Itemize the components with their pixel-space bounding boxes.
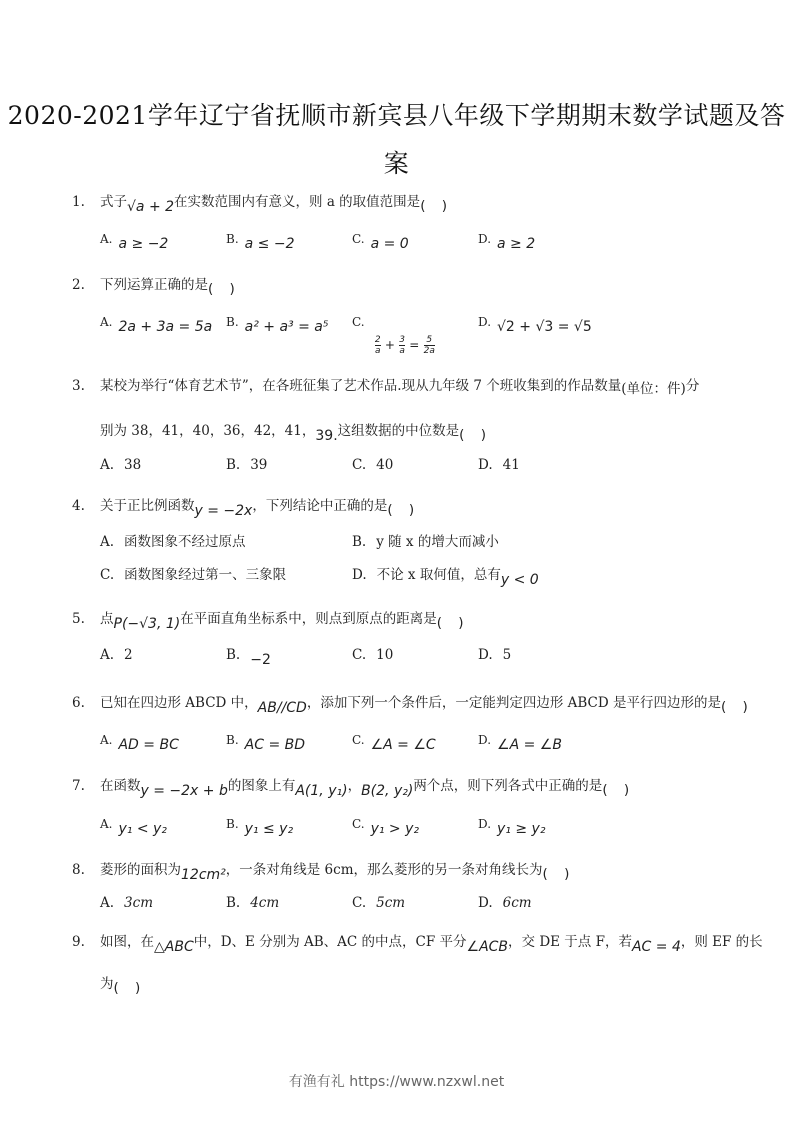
unit-note: (单位：件) — [621, 381, 686, 397]
option-text: 6cm — [503, 895, 532, 911]
option-d: D.6cm — [478, 895, 532, 911]
option-text: a ≤ −2 — [245, 236, 295, 252]
question-text: 菱形的面积为 — [100, 862, 181, 878]
option-label: B. — [226, 315, 239, 329]
option-text: AC = BD — [245, 737, 305, 753]
option-b: B.y₁ ≤ y₂ — [226, 817, 293, 837]
option-label: B. — [352, 534, 366, 550]
option-label: B. — [226, 817, 239, 831]
question-text: ，下列结论中正确的是 — [252, 498, 387, 514]
option-c: C.函数图象经过第一、三象限 — [100, 563, 286, 583]
option-a: A.38 — [100, 457, 141, 473]
option-a: A.2a + 3a = 5a — [100, 315, 212, 335]
option-text: 4cm — [250, 895, 279, 911]
option-d: D.41 — [478, 457, 520, 473]
option-label: C. — [352, 895, 366, 911]
option-label: B. — [226, 895, 240, 911]
math-expression: AB//CD — [258, 700, 307, 716]
document-title-line2: 案 — [0, 144, 793, 180]
question-text: ，一条对角线是 6cm，那么菱形的另一条对角线长为 — [226, 862, 543, 878]
option-a: A.2 — [100, 647, 133, 663]
option-text: y₁ < y₂ — [118, 821, 166, 837]
math-expression: ∠ACB — [467, 939, 509, 955]
option-text: a ≥ −2 — [118, 236, 168, 252]
option-text: y₁ > y₂ — [371, 821, 419, 837]
question-9: 9.如图，在△ABC中，D、E 分别为 AB、AC 的中点，CF 平分∠ACB，… — [72, 930, 763, 955]
question-text: 已知在四边形 ABCD 中， — [100, 695, 258, 711]
option-text: 5 — [503, 647, 512, 663]
option-label: C. — [352, 817, 365, 831]
option-text: 函数图象不经过原点 — [124, 534, 246, 550]
math-expression: P(−√3, 1) — [114, 616, 181, 632]
option-label: D. — [478, 733, 491, 747]
option-label: C. — [352, 457, 366, 473]
option-label: A. — [100, 534, 114, 550]
question-number: 4. — [72, 498, 100, 514]
option-label: C. — [352, 315, 365, 329]
option-b: B.a ≤ −2 — [226, 232, 295, 252]
option-b: B.−2 — [226, 647, 271, 668]
question-4: 4.关于正比例函数y = −2x，下列结论中正确的是( ) — [72, 494, 420, 519]
option-a: A.AD = BC — [100, 733, 179, 753]
option-b: B.a² + a³ = a⁵ — [226, 315, 328, 335]
option-label: A. — [100, 817, 112, 831]
option-text: a = 0 — [371, 236, 409, 252]
option-label: A. — [100, 315, 112, 329]
question-number: 7. — [72, 778, 100, 794]
option-label: A. — [100, 895, 114, 911]
option-text: 39 — [250, 457, 267, 473]
math-expression: y = −2x — [195, 503, 253, 519]
question-7: 7.在函数y = −2x + b的图象上有A(1, y₁)，B(2, y₂)两个… — [72, 774, 635, 799]
question-number: 2. — [72, 277, 100, 293]
fraction: 52a — [424, 335, 435, 356]
option-text: 2 — [124, 647, 133, 663]
denominator: 2a — [424, 346, 435, 356]
math-expression: 12cm² — [181, 867, 226, 883]
question-text: 式子 — [100, 194, 127, 210]
question-text: 两个点，则下列各式中正确的是 — [413, 778, 602, 794]
numerator: 3 — [399, 335, 405, 345]
question-text: ，则 EF 的长 — [681, 934, 763, 950]
question-1: 1.式子√a + 2在实数范围内有意义，则 a 的取值范围是( ) — [72, 190, 453, 215]
option-text: y₁ ≤ y₂ — [245, 821, 293, 837]
question-3: 3.某校为举行“体育艺术节”，在各班征集了艺术作品.现从九年级 7 个班收集到的… — [72, 374, 699, 397]
option-text: 2a + 3a = 5a — [118, 319, 212, 335]
question-text: 为 — [100, 976, 114, 992]
option-label: D. — [478, 315, 491, 329]
question-number: 3. — [72, 378, 100, 394]
option-label: D. — [478, 647, 493, 663]
option-label: B. — [226, 457, 240, 473]
question-text: 在函数 — [100, 778, 141, 794]
question-number: 6. — [72, 695, 100, 711]
question-3-line2: 别为 38，41，40，36，42，41，39.这组数据的中位数是( ) — [100, 419, 492, 444]
question-text: 点 — [100, 611, 114, 627]
question-text: 别为 38，41，40，36，42，41， — [100, 423, 315, 439]
option-text: 41 — [503, 457, 520, 473]
question-5: 5.点P(−√3, 1)在平面直角坐标系中，则点到原点的距离是( ) — [72, 607, 470, 632]
option-d: D.∠A = ∠B — [478, 733, 562, 753]
question-text: ， — [348, 778, 362, 794]
denominator: a — [399, 346, 405, 356]
option-label: D. — [478, 457, 493, 473]
document-title-line1: 2020-2021学年辽宁省抚顺市新宾县八年级下学期期末数学试题及答 — [0, 96, 793, 132]
answer-blank: ( ) — [721, 699, 754, 715]
option-text: y 随 x 的增大而减小 — [376, 534, 499, 550]
option-text: 3cm — [124, 895, 153, 911]
question-text: 下列运算正确的是 — [100, 277, 208, 293]
option-label: C. — [100, 567, 114, 583]
option-label: C. — [352, 232, 365, 246]
option-c: C.a = 0 — [352, 232, 409, 252]
answer-blank: ( ) — [114, 980, 147, 996]
question-text: 在实数范围内有意义，则 a 的取值范围是 — [174, 194, 420, 210]
fraction: 2a — [375, 335, 381, 356]
option-text: a ≥ 2 — [497, 236, 535, 252]
fraction: 3a — [399, 335, 405, 356]
answer-blank: ( ) — [437, 615, 470, 631]
option-math: y < 0 — [501, 572, 539, 588]
option-text: 不论 x 取何值，总有 — [377, 567, 501, 583]
math-expression: AC = 4 — [632, 939, 681, 955]
option-text: ∠A = ∠B — [497, 737, 562, 753]
fraction-expression: 2a + 3a = 52a — [375, 335, 435, 356]
option-text: 38 — [124, 457, 141, 473]
option-text: 10 — [376, 647, 393, 663]
option-label: B. — [226, 647, 240, 663]
question-text: 某校为举行“体育艺术节”，在各班征集了艺术作品.现从九年级 7 个班收集到的作品… — [100, 378, 621, 394]
question-6: 6.已知在四边形 ABCD 中，AB//CD，添加下列一个条件后，一定能判定四边… — [72, 691, 754, 716]
question-text: ，交 DE 于点 F，若 — [508, 934, 632, 950]
math-expression: △ABC — [154, 939, 194, 955]
question-text: 在平面直角坐标系中，则点到原点的距离是 — [180, 611, 437, 627]
math-expression: 39. — [315, 428, 337, 444]
question-8: 8.菱形的面积为12cm²，一条对角线是 6cm，那么菱形的另一条对角线长为( … — [72, 858, 575, 883]
option-text: −2 — [250, 652, 271, 668]
option-label: C. — [352, 647, 366, 663]
option-label: A. — [100, 733, 112, 747]
question-2: 2.下列运算正确的是( ) — [72, 273, 241, 297]
question-text: 这组数据的中位数是 — [338, 423, 460, 439]
option-label: A. — [100, 232, 112, 246]
option-b: B.4cm — [226, 895, 279, 911]
option-label: C. — [352, 733, 365, 747]
option-text: ∠A = ∠C — [371, 737, 436, 753]
option-d: D.不论 x 取何值，总有y < 0 — [352, 563, 539, 588]
option-label: D. — [478, 817, 491, 831]
option-label: D. — [352, 567, 367, 583]
option-label: B. — [226, 232, 239, 246]
plus-sign: + — [385, 338, 395, 352]
math-expression: y = −2x + b — [141, 783, 228, 799]
answer-blank: ( ) — [387, 502, 420, 518]
answer-blank: ( ) — [208, 281, 241, 297]
option-a: A.函数图象不经过原点 — [100, 530, 246, 550]
question-text: 如图，在 — [100, 934, 154, 950]
option-d: D.5 — [478, 647, 511, 663]
option-label: D. — [478, 895, 493, 911]
option-label: D. — [478, 232, 491, 246]
answer-blank: ( ) — [420, 198, 453, 214]
answer-blank: ( ) — [602, 782, 635, 798]
option-d: D.y₁ ≥ y₂ — [478, 817, 545, 837]
option-text: √2 + √3 = √5 — [497, 319, 592, 335]
option-d: D.a ≥ 2 — [478, 232, 535, 252]
option-c: C. 2a + 3a = 52a — [352, 315, 435, 356]
question-number: 5. — [72, 611, 100, 627]
numerator: 2 — [375, 335, 381, 345]
answer-blank: ( ) — [459, 427, 492, 443]
option-c: C.y₁ > y₂ — [352, 817, 419, 837]
option-text: y₁ ≥ y₂ — [497, 821, 545, 837]
option-text: AD = BC — [118, 737, 178, 753]
denominator: a — [375, 346, 381, 356]
equals-sign: = — [409, 338, 419, 352]
option-c: C.∠A = ∠C — [352, 733, 436, 753]
question-text: 的图象上有 — [228, 778, 296, 794]
option-b: B.39 — [226, 457, 267, 473]
question-9-line2: 为( ) — [100, 972, 146, 996]
option-c: C.10 — [352, 647, 393, 663]
option-a: A.3cm — [100, 895, 153, 911]
math-expression: √a + 2 — [127, 199, 174, 215]
question-text: 分 — [686, 378, 700, 394]
option-c: C.40 — [352, 457, 393, 473]
option-label: A. — [100, 647, 114, 663]
numerator: 5 — [426, 335, 432, 345]
question-number: 8. — [72, 862, 100, 878]
question-text: 中，D、E 分别为 AB、AC 的中点，CF 平分 — [194, 934, 467, 950]
option-b: B.y 随 x 的增大而减小 — [352, 530, 499, 550]
option-text: 函数图象经过第一、三象限 — [124, 567, 286, 583]
math-expression: A(1, y₁) — [295, 783, 347, 799]
option-a: A.a ≥ −2 — [100, 232, 168, 252]
option-text: 5cm — [376, 895, 405, 911]
option-text: 40 — [376, 457, 393, 473]
option-d: D.√2 + √3 = √5 — [478, 315, 592, 335]
option-a: A.y₁ < y₂ — [100, 817, 167, 837]
question-number: 1. — [72, 194, 100, 210]
option-label: B. — [226, 733, 239, 747]
page-footer-watermark: 有渔有礼 https://www.nzxwl.net — [0, 1071, 793, 1091]
option-c: C.5cm — [352, 895, 405, 911]
option-b: B.AC = BD — [226, 733, 305, 753]
option-text: a² + a³ = a⁵ — [245, 319, 329, 335]
question-text: ，添加下列一个条件后，一定能判定四边形 ABCD 是平行四边形的是 — [307, 695, 721, 711]
question-number: 9. — [72, 934, 100, 950]
option-label: A. — [100, 457, 114, 473]
question-text: 关于正比例函数 — [100, 498, 195, 514]
answer-blank: ( ) — [543, 866, 576, 882]
math-expression: B(2, y₂) — [361, 783, 413, 799]
